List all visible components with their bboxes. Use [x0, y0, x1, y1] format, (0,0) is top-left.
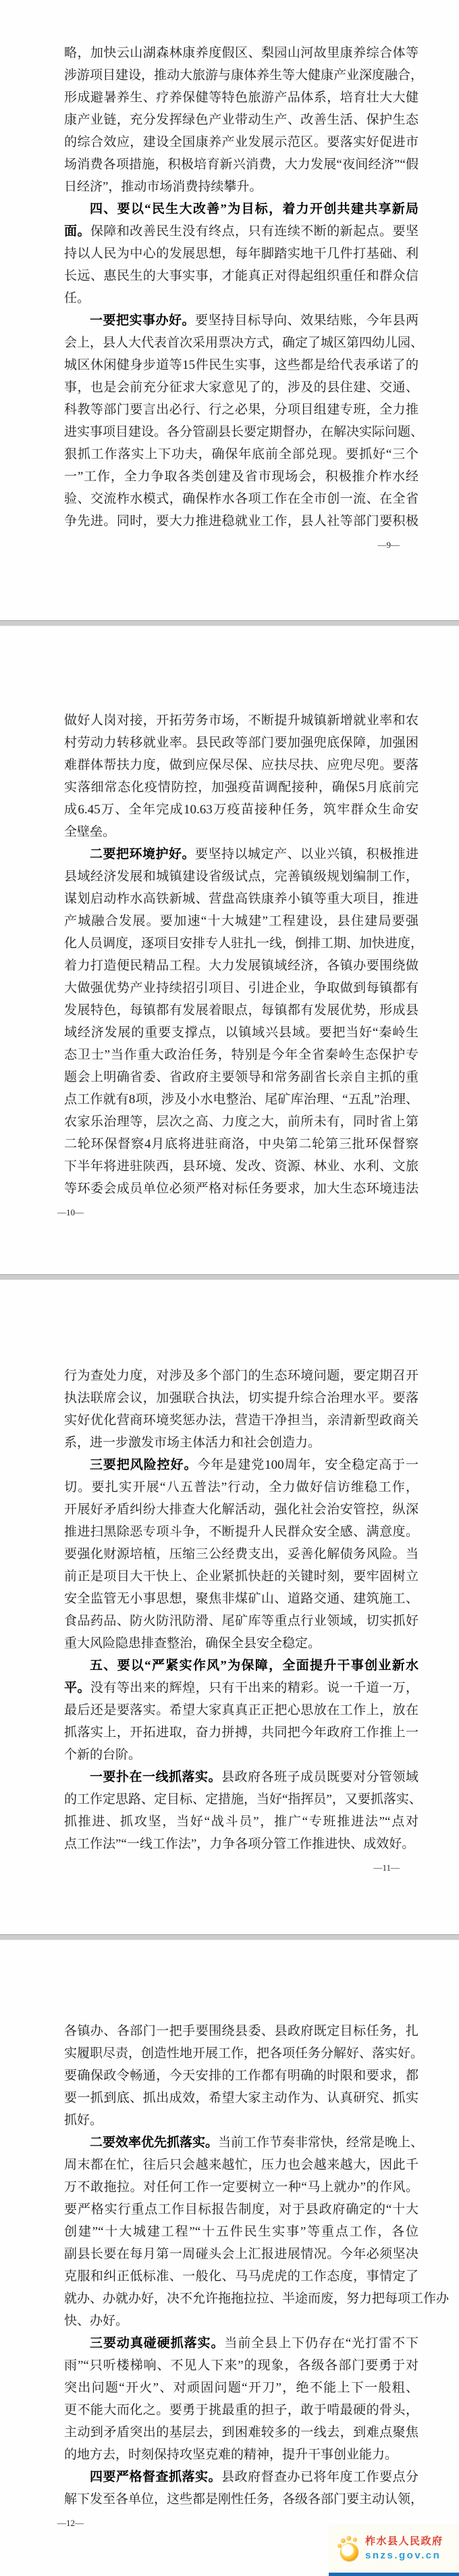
- body-text: 周末都在忙，往后只会越来越忙，压力也会越来越大，因此千: [64, 2158, 418, 2172]
- bold-heading-text: 三要把风险控好。: [90, 1458, 197, 1472]
- text-line: 二要效率优先抓落实。当前工作节奏非常快，经常是晚上、: [64, 2131, 418, 2154]
- body-text: 克服和纠正低标准、一般化、马马虎虎的工作态度，事情定了: [64, 2269, 418, 2283]
- text-line: 形成避暑养生、疗养保健等特色旅游产品体系，培育壮大大健: [64, 86, 418, 109]
- bold-heading-text: 五、要以“严紧实作风”为保障，全面提升干事创业新水: [90, 1659, 418, 1673]
- body-text: 事，也是会前充分征求大家意见了的，涉及的县住建、交通、: [64, 380, 418, 395]
- body-text: 进实事项目建设。各分管副县长要定期督办，在解决实际问题、: [64, 425, 423, 439]
- body-text: 副县长要在每月第一周碰头会上汇报进展情况。今年必须坚决: [64, 2247, 418, 2261]
- text-line: 态卫士”当作重大政治任务，特别是今年全省秦岭生态保护专: [64, 1044, 418, 1066]
- text-line: 个新的台阶。: [64, 1744, 418, 1766]
- text-line: 三要把风险控好。今年是建党100周年，安全稳定高于一: [64, 1454, 418, 1476]
- text-line: 点工作法”“一线工作法”，力争各项分管工作推进快、成效好。: [64, 1833, 418, 1855]
- body-text: 下半年将进驻陕西，县环境、发改、资源、林业、水利、文旅: [64, 1159, 418, 1173]
- text-line: 会上，县人大代表首次采用票决方式，确定了城区第四幼儿园、: [64, 332, 418, 354]
- document-page: 行为查处力度，对涉及多个部门的生态环境问题，要定期召开执法联席会议，加强联合执法…: [0, 1280, 459, 1934]
- text-line: 克服和纠正低标准、一般化、马马虎虎的工作态度，事情定了: [64, 2265, 418, 2288]
- body-text: 大做强优势产业持续招引项目、引进企业，争取做到每镇都有: [64, 981, 418, 995]
- site-logo-text: 柞水县人民政府 snzs.gov.cn: [365, 2537, 443, 2560]
- body-text: 城区休闲健身步道等15件民生实事，这些都是给代表承诺了的: [64, 358, 418, 372]
- footprint-icon: [337, 2535, 361, 2563]
- site-name: 柞水县人民政府: [365, 2537, 443, 2547]
- text-line: 突出问题“开火”、对顽固问题“开刀”，绝不能上下一般粗、: [64, 2377, 418, 2399]
- body-text: 就办、办就办好，决不允许拖拖拉拉、半途而废，努力把每项工作办: [64, 2292, 449, 2306]
- page-separator: [0, 1934, 459, 1940]
- body-text: 抓推进、抓攻坚，当好“战斗员”，推广“专班推进法”“点对: [64, 1815, 418, 1829]
- body-text: 的地方去，时刻保持攻坚克难的精神，提升干事创业能力。: [64, 2448, 398, 2462]
- bold-heading-text: 一要把实事办好。: [90, 313, 195, 328]
- body-text: 形成避暑养生、疗养保健等特色旅游产品体系，培育壮大大健: [64, 91, 418, 105]
- text-line: 城区休闲健身步道等15件民生实事，这些都是给代表承诺了的: [64, 354, 418, 376]
- body-text: 成6.45万、全年完成10.63万疫苗接种任务，筑牢群众生命安: [64, 803, 418, 817]
- text-line: 抓推进、抓攻坚，当好“战斗员”，推广“专班推进法”“点对: [64, 1811, 418, 1833]
- body-text: 任。: [64, 291, 90, 305]
- body-text: 要坚持以城定产、以业兴镇，积极推进: [195, 847, 418, 861]
- body-text: 抓好。: [64, 2113, 103, 2127]
- body-text: 安全监管无小事思想，聚焦非煤矿山、道路交通、建筑施工、: [64, 1592, 418, 1606]
- body-text: 要严格实行重点工作目标报告制度，对于县政府确定的“十大: [64, 2202, 418, 2217]
- body-text: 二轮环保督察4月底将进驻商洛，中央第二轮第三批环保督察: [64, 1137, 418, 1151]
- body-text: 一”工作，全力争取各类创建及省市现场会，积极推介柞水经: [64, 470, 418, 484]
- text-line: 四、要以“民生大改善”为目标，着力开创共建共享新局: [64, 198, 418, 220]
- body-text: 谋划启动柞水高铁新城、营盘高铁康养小镇等重大项目，推进: [64, 892, 418, 906]
- text-line: 任。: [64, 287, 418, 309]
- body-text: 食品药品、防火防汛防滑、尾矿库等重点行业领域，切实抓好: [64, 1614, 418, 1628]
- body-text: 没有等出来的辉煌，只有干出来的精彩。说一千道一万，: [90, 1681, 418, 1695]
- text-line: 实好优化营商环境奖惩办法，营造干净担当，亲清新型政商关: [64, 1409, 418, 1432]
- document-page: 各镇办、各部门一把手要围绕县委、县政府既定目标任务，扎实履职尽责，创造性地开展工…: [0, 1940, 459, 2576]
- text-line: 行为查处力度，对涉及多个部门的生态环境问题，要定期召开: [64, 1365, 418, 1387]
- bold-heading-text: 三要动真碰硬抓落实。: [90, 2336, 224, 2350]
- body-text: 更不能大而化之。要勇于挑最重的担子，敢于啃最硬的骨头，: [64, 2403, 418, 2417]
- body-text: 今年是建党100周年，安全稳定高于一: [197, 1458, 418, 1472]
- text-line: 成6.45万、全年完成10.63万疫苗接种任务，筑牢群众生命安: [64, 799, 418, 821]
- text-line: 做好人岗对接，开拓劳务市场，不断提升城镇新增就业率和农: [64, 709, 418, 732]
- body-text: 村劳动力转移就业率。县民政等部门要加强兜底保障，加强困: [64, 736, 418, 750]
- text-line: 验、交流柞水模式，确保柞水各项工作在全市创一流、在全省: [64, 488, 418, 510]
- text-line: 实落细常态化疫情防控，加强疫苗调配接种，确保5月底前完: [64, 776, 418, 799]
- text-line: 县域经济发展和城镇建设省级试点，完善镇级规划编制工作，: [64, 865, 418, 888]
- text-line: 农家乐治理等，层次之高、力度之大，前所未有，同时省上第: [64, 1111, 418, 1133]
- body-text: 题会上明确省委、省政府主要领导和常务副省长亲自主抓的重: [64, 1070, 418, 1084]
- body-text: 域经济发展的重要支撑点，以镇域兴县域。要把当好“秦岭生: [64, 1026, 418, 1040]
- text-line: 化人员调度，逐项目安排专人驻扎一线，倒排工期、加快进度，: [64, 932, 418, 955]
- text-line: 平。没有等出来的辉煌，只有干出来的精彩。说一千道一万，: [64, 1677, 418, 1699]
- text-line: 一要扑在一线抓落实。县政府各班子成员既要对分管领域: [64, 1766, 418, 1788]
- text-line: 略，加快云山湖森林康养度假区、梨园山河故里康养综合体等: [64, 42, 418, 64]
- text-line: 面。保障和改善民生没有终点，只有连续不断的新起点。要坚: [64, 220, 418, 243]
- text-line: 日经济”，推动市场消费持续攀升。: [64, 176, 418, 198]
- text-line: 事，也是会前充分征求大家意见了的，涉及的县住建、交通、: [64, 376, 418, 399]
- body-text: 的综合效应，建设全国康养产业发展示范区。要落实好促进市: [64, 135, 418, 149]
- body-text: 快、办好。: [64, 2314, 128, 2328]
- text-line: 解下发至各单位，这些都是刚性任务，各级各部门要主动认领，: [64, 2488, 418, 2510]
- text-line: 的工作定思路、定目标、定措施，当好“指挥员”，又要抓落实、: [64, 1788, 418, 1811]
- page-separator: [0, 620, 459, 626]
- body-text: 科教等部门要言出必行、行之必果，分项目组建专班，全力推: [64, 403, 418, 417]
- text-line: 五、要以“严紧实作风”为保障，全面提升干事创业新水: [64, 1655, 418, 1677]
- text-line: 重大风险隐患排查整治，确保全县安全稳定。: [64, 1632, 418, 1655]
- bold-heading-text: 四要严格督查抓落实。: [90, 2470, 221, 2484]
- text-line: 二轮环保督察4月底将进驻商洛，中央第二轮第三批环保督察: [64, 1133, 418, 1155]
- body-text: 争先进。同时，要大力推进稳就业工作，县人社等部门要积极: [64, 514, 418, 528]
- text-line: 快、办好。: [64, 2310, 418, 2332]
- text-line: 下半年将进驻陕西，县环境、发改、资源、林业、水利、文旅: [64, 1155, 418, 1178]
- text-line: 创建”“十大城建工程”“十五件民生实事”等重点工作，各位: [64, 2221, 418, 2243]
- text-line: 三要动真碰硬抓落实。当前全县上下仍存在“光打雷不下: [64, 2332, 418, 2354]
- government-site-logo[interactable]: 柞水县人民政府 snzs.gov.cn: [329, 2525, 459, 2576]
- body-text: 实履职尽责，创造性地开展工作，把各项任务分解好、落实好。: [64, 2046, 423, 2061]
- document-page: 做好人岗对接，开拓劳务市场，不断提升城镇新增就业率和农村劳动力转移就业率。县民政…: [0, 626, 459, 1274]
- body-text: 各镇办、各部门一把手要围绕县委、县政府既定目标任务，扎: [64, 2024, 418, 2038]
- text-line: 点工作就有8项，涉及小水电整治、尾矿库治理、“五乱”治理、: [64, 1088, 418, 1111]
- text-line: 村劳动力转移就业率。县民政等部门要加强兜底保障，加强困: [64, 732, 418, 754]
- body-text: 创建”“十大城建工程”“十五件民生实事”等重点工作，各位: [64, 2225, 418, 2239]
- text-line: 大做强优势产业持续招引项目、引进企业，争取做到每镇都有: [64, 977, 418, 999]
- text-line: 抓好。: [64, 2109, 418, 2131]
- body-text: 难群体帮扶力度，做到应保尽保、应扶尽扶、应兜尽兜。要落: [64, 758, 418, 772]
- body-text: 保障和改善民生没有终点，只有连续不断的新起点。要坚: [90, 224, 418, 238]
- text-line: 康产业链，充分发挥绿色产业带动生产、改善生活、保护生态: [64, 109, 418, 131]
- text-line: 安全监管无小事思想，聚焦非煤矿山、道路交通、建筑施工、: [64, 1588, 418, 1610]
- body-text: 万不敢拖拉。对任何工作一定要树立一种“马上就办”的作风。: [64, 2180, 418, 2194]
- site-url: snzs.gov.cn: [365, 2550, 443, 2560]
- text-line: 主动到矛盾突出的基层去，到困难较多的一线去，到难点聚焦: [64, 2421, 418, 2444]
- text-line: 长远、惠民生的大事实事，才能真正对得起组织重任和群众信: [64, 265, 418, 287]
- text-line: 谋划启动柞水高铁新城、营盘高铁康养小镇等重大项目，推进: [64, 888, 418, 910]
- body-text: 验、交流柞水模式，确保柞水各项工作在全市创一流、在全省: [64, 492, 418, 506]
- body-text: 发展特色，每镇都有发展着眼点，每镇都有发展优势，形成县: [64, 1003, 418, 1017]
- body-text: 场消费各项措施，积极培育新兴消费，大力发展“夜间经济”“假: [64, 157, 418, 172]
- body-text: 行为查处力度，对涉及多个部门的生态环境问题，要定期召开: [64, 1369, 418, 1383]
- text-line: 产城融合发展。要加速“十大城建”工程建设，县住建局要强: [64, 910, 418, 932]
- text-line: 发展特色，每镇都有发展着眼点，每镇都有发展优势，形成县: [64, 999, 418, 1021]
- text-line: 持以人民为中心的发展思想，每年脚踏实地干几件打基础、利: [64, 243, 418, 265]
- text-line: 进实事项目建设。各分管副县长要定期督办，在解决实际问题、: [64, 421, 418, 443]
- body-text: 开展好矛盾纠纷大排查大化解活动，强化社会治安管控，纵深: [64, 1502, 418, 1517]
- text-line: 要强化财源培植，压缩三公经费支出，妥善化解债务风险。当: [64, 1543, 418, 1565]
- text-line: 执法联席会议，加强联合执法，切实提升综合治理水平。要落: [64, 1387, 418, 1409]
- text-line: 万不敢拖拉。对任何工作一定要树立一种“马上就办”的作风。: [64, 2176, 418, 2198]
- body-text: 解下发至各单位，这些都是刚性任务，各级各部门要主动认领，: [64, 2492, 423, 2506]
- body-text: 推进扫黑除恶专项斗争，不断提升人民群众安全感、满意度。: [64, 1525, 418, 1539]
- text-line: 更不能大而化之。要勇于挑最重的担子，敢于啃最硬的骨头，: [64, 2399, 418, 2421]
- text-line: 要确保政令畅通，今天安排的工作都有明确的时限和要求，都: [64, 2065, 418, 2087]
- text-line: 着力打造便民精品工程。大力发展镇域经济，各镇办要围绕做: [64, 955, 418, 977]
- text-line: 题会上明确省委、省政府主要领导和常务副省长亲自主抓的重: [64, 1066, 418, 1088]
- text-line: 全壁垒。: [64, 821, 418, 843]
- body-text: 重大风险隐患排查整治，确保全县安全稳定。: [64, 1636, 321, 1650]
- body-text: 农家乐治理等，层次之高、力度之大，前所未有，同时省上第: [64, 1115, 418, 1129]
- document-page: 略，加快云山湖森林康养度假区、梨园山河故里康养综合体等涉游项目建设，推动大旅游与…: [0, 0, 459, 620]
- page-separator: [0, 1274, 459, 1280]
- body-text: 的工作定思路、定目标、定措施，当好“指挥员”，又要抓落实、: [64, 1792, 422, 1807]
- body-text: 当前工作节奏非常快，经常是晚上、: [218, 2136, 423, 2150]
- text-line: 雨”“只听楼梯响、不见人下来”的现象，各级各部门要勇于对: [64, 2354, 418, 2377]
- text-line: 最后还是要落实。希望大家真真正正把心思放在工作上，放在: [64, 1699, 418, 1721]
- text-line: 域经济发展的重要支撑点，以镇域兴县域。要把当好“秦岭生: [64, 1021, 418, 1044]
- body-text: 狠抓工作落实上下功夫，确保年底前全部兑现。要抓好“三个: [64, 447, 418, 461]
- text-line: 开展好矛盾纠纷大排查大化解活动，强化社会治安管控，纵深: [64, 1498, 418, 1521]
- body-text: 着力打造便民精品工程。大力发展镇域经济，各镇办要围绕做: [64, 959, 418, 973]
- text-line: 系，进一步激发市场主体活力和社会创造力。: [64, 1432, 418, 1454]
- body-text: 县政府各班子成员既要对分管领域: [221, 1770, 418, 1784]
- text-line: 一”工作，全力争取各类创建及省市现场会，积极推介柞水经: [64, 465, 418, 488]
- page-number: —11—: [0, 1861, 459, 1875]
- text-line: 切。要扎实开展“八五普法”行动，全力做好信访维稳工作，: [64, 1476, 418, 1498]
- text-line: 一要把实事办好。要坚持目标导向、效果结账，今年县两: [64, 309, 418, 332]
- body-text: 涉游项目建设，推动大旅游与康体养生等大健康产业深度融合，: [64, 68, 423, 82]
- text-line: 涉游项目建设，推动大旅游与康体养生等大健康产业深度融合，: [64, 64, 418, 86]
- document-pages: 略，加快云山湖森林康养度假区、梨园山河故里康养综合体等涉游项目建设，推动大旅游与…: [0, 0, 459, 2576]
- bold-heading-text: 一要扑在一线抓落实。: [90, 1770, 221, 1784]
- body-text: 实落细常态化疫情防控，加强疫苗调配接种，确保5月底前完: [64, 780, 418, 794]
- body-text: 点工作法”“一线工作法”，力争各项分管工作推进快、成效好。: [64, 1837, 414, 1851]
- bold-heading-text: 二要效率优先抓落实。: [90, 2136, 218, 2150]
- body-text: 要强化财源培植，压缩三公经费支出，妥善化解债务风险。当: [64, 1547, 418, 1561]
- body-text: 产城融合发展。要加速“十大城建”工程建设，县住建局要强: [64, 914, 418, 928]
- text-line: 食品药品、防火防汛防滑、尾矿库等重点行业领域，切实抓好: [64, 1610, 418, 1632]
- text-line: 就办、办就办好，决不允许拖拖拉拉、半途而废，努力把每项工作办: [64, 2288, 418, 2310]
- text-line: 要严格实行重点工作目标报告制度，对于县政府确定的“十大: [64, 2198, 418, 2221]
- text-line: 要一抓到底、抓出成效，希望大家主动作为、认真研究、抓实: [64, 2087, 418, 2109]
- text-line: 的地方去，时刻保持攻坚克难的精神，提升干事创业能力。: [64, 2444, 418, 2466]
- body-text: 抓落实上，开拓进取，奋力拼搏，共同把今年政府工作推上一: [64, 1725, 418, 1740]
- body-text: 县政府督查办已将年度工作要点分: [221, 2470, 418, 2484]
- body-text: 要坚持目标导向、效果结账，今年县两: [195, 313, 418, 328]
- text-line: 难群体帮扶力度，做到应保尽保、应扶尽扶、应兜尽兜。要落: [64, 754, 418, 776]
- page-number: —9—: [0, 538, 459, 552]
- body-text: 持以人民为中心的发展思想，每年脚踏实地干几件打基础、利: [64, 247, 418, 261]
- body-text: 略，加快云山湖森林康养度假区、梨园山河故里康养综合体等: [64, 46, 418, 60]
- text-line: 周末都在忙，往后只会越来越忙，压力也会越来越大，因此千: [64, 2154, 418, 2176]
- bold-heading-text: 二要把环境护好。: [90, 847, 195, 861]
- body-text: 全壁垒。: [64, 825, 115, 839]
- text-line: 实履职尽责，创造性地开展工作，把各项任务分解好、落实好。: [64, 2042, 418, 2065]
- body-text: 实好优化营商环境奖惩办法，营造干净担当，亲清新型政商关: [64, 1413, 418, 1428]
- text-line: 狠抓工作落实上下功夫，确保年底前全部兑现。要抓好“三个: [64, 443, 418, 465]
- body-text: 会上，县人大代表首次采用票决方式，确定了城区第四幼儿园、: [64, 336, 423, 350]
- body-text: 等环委会成员单位必须严格对标任务要求，加大生态环境违法: [64, 1182, 418, 1196]
- body-text: 最后还是要落实。希望大家真真正正把心思放在工作上，放在: [64, 1703, 418, 1717]
- text-line: 推进扫黑除恶专项斗争，不断提升人民群众安全感、满意度。: [64, 1521, 418, 1543]
- page-number: —10—: [0, 1206, 459, 1219]
- text-line: 争先进。同时，要大力推进稳就业工作，县人社等部门要积极: [64, 510, 418, 532]
- body-text: 要一抓到底、抓出成效，希望大家主动作为、认真研究、抓实: [64, 2091, 418, 2105]
- body-text: 康产业链，充分发挥绿色产业带动生产、改善生活、保护生态: [64, 113, 418, 127]
- text-line: 科教等部门要言出必行、行之必果，分项目组建专班，全力推: [64, 399, 418, 421]
- body-text: 雨”“只听楼梯响、不见人下来”的现象，各级各部门要勇于对: [64, 2358, 418, 2373]
- body-text: 切。要扎实开展“八五普法”行动，全力做好信访维稳工作，: [64, 1480, 418, 1494]
- body-text: 个新的台阶。: [64, 1748, 141, 1762]
- text-line: 二要把环境护好。要坚持以城定产、以业兴镇，积极推进: [64, 843, 418, 865]
- body-text: 当前全县上下仍存在“光打雷不下: [224, 2336, 418, 2350]
- text-line: 副县长要在每月第一周碰头会上汇报进展情况。今年必须坚决: [64, 2243, 418, 2265]
- body-text: 要确保政令畅通，今天安排的工作都有明确的时限和要求，都: [64, 2069, 418, 2083]
- body-text: 执法联席会议，加强联合执法，切实提升综合治理水平。要落: [64, 1391, 418, 1405]
- body-text: 系，进一步激发市场主体活力和社会创造力。: [64, 1436, 321, 1450]
- body-text: 日经济”，推动市场消费持续攀升。: [64, 180, 262, 194]
- text-line: 前正是项目大干快上、企业紧抓快赶的关键时刻，要牢固树立: [64, 1565, 418, 1588]
- body-text: 突出问题“开火”、对顽固问题“开刀”，绝不能上下一般粗、: [64, 2381, 418, 2395]
- body-text: 主动到矛盾突出的基层去，到困难较多的一线去，到难点聚焦: [64, 2425, 418, 2440]
- bold-heading-text: 平。: [64, 1681, 90, 1695]
- body-text: 点工作就有8项，涉及小水电整治、尾矿库治理、“五乱”治理、: [64, 1092, 418, 1107]
- text-line: 场消费各项措施，积极培育新兴消费，大力发展“夜间经济”“假: [64, 153, 418, 176]
- text-line: 等环委会成员单位必须严格对标任务要求，加大生态环境违法: [64, 1178, 418, 1200]
- body-text: 态卫士”当作重大政治任务，特别是今年全省秦岭生态保护专: [64, 1048, 418, 1062]
- text-line: 抓落实上，开拓进取，奋力拼搏，共同把今年政府工作推上一: [64, 1721, 418, 1744]
- body-text: 前正是项目大干快上、企业紧抓快赶的关键时刻，要牢固树立: [64, 1569, 418, 1584]
- text-line: 四要严格督查抓落实。县政府督查办已将年度工作要点分: [64, 2466, 418, 2488]
- text-line: 各镇办、各部门一把手要围绕县委、县政府既定目标任务，扎: [64, 2020, 418, 2042]
- body-text: 县域经济发展和城镇建设省级试点，完善镇级规划编制工作，: [64, 869, 418, 884]
- text-line: 的综合效应，建设全国康养产业发展示范区。要落实好促进市: [64, 131, 418, 153]
- bold-heading-text: 四、要以“民生大改善”为目标，着力开创共建共享新局: [90, 202, 418, 216]
- body-text: 做好人岗对接，开拓劳务市场，不断提升城镇新增就业率和农: [64, 713, 418, 728]
- body-text: 长远、惠民生的大事实事，才能真正对得起组织重任和群众信: [64, 269, 418, 283]
- body-text: 化人员调度，逐项目安排专人驻扎一线，倒排工期、加快进度，: [64, 936, 423, 951]
- bold-heading-text: 面。: [64, 224, 90, 238]
